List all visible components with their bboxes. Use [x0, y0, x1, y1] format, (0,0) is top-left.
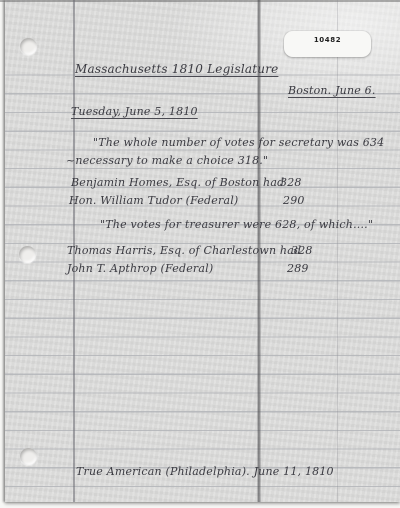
page-title: Massachusetts 1810 Legislature: [75, 62, 278, 76]
vote-count: 328: [291, 244, 313, 257]
candidate-name: John T. Apthrop (Federal): [67, 262, 213, 275]
vote-count: 328: [280, 176, 302, 189]
scan-top-edge: [0, 0, 400, 2]
candidate-name: Hon. William Tudor (Federal): [69, 194, 238, 207]
vote-count: 290: [283, 194, 305, 207]
dateline: Boston. June 6.: [288, 84, 376, 97]
punch-hole-top: [20, 38, 37, 55]
candidate-name: Thomas Harris, Esq. of Charlestown had: [67, 244, 301, 257]
scanned-notebook-page: 10482 Massachusetts 1810 Legislature Bos…: [0, 0, 400, 508]
ruled-lines: [5, 57, 400, 502]
catalog-label: 10482: [284, 31, 371, 57]
treasurer-quote: "The votes for treasurer were 628, of wh…: [100, 218, 373, 231]
candidate-name: Benjamin Homes, Esq. of Boston had: [71, 176, 284, 189]
punch-hole-bottom: [20, 448, 37, 465]
secretary-quote-line-1: "The whole number of votes for secretary…: [93, 136, 384, 149]
entry-date: Tuesday, June 5, 1810: [71, 105, 198, 118]
vote-count: 289: [287, 262, 309, 275]
source-citation: True American (Philadelphia). June 11, 1…: [76, 465, 334, 478]
secretary-quote-line-2: ~necessary to make a choice 318.": [66, 154, 268, 167]
catalog-number: 10482: [314, 36, 341, 44]
paper-fold-faint: [337, 0, 338, 502]
punch-hole-middle: [19, 246, 36, 263]
